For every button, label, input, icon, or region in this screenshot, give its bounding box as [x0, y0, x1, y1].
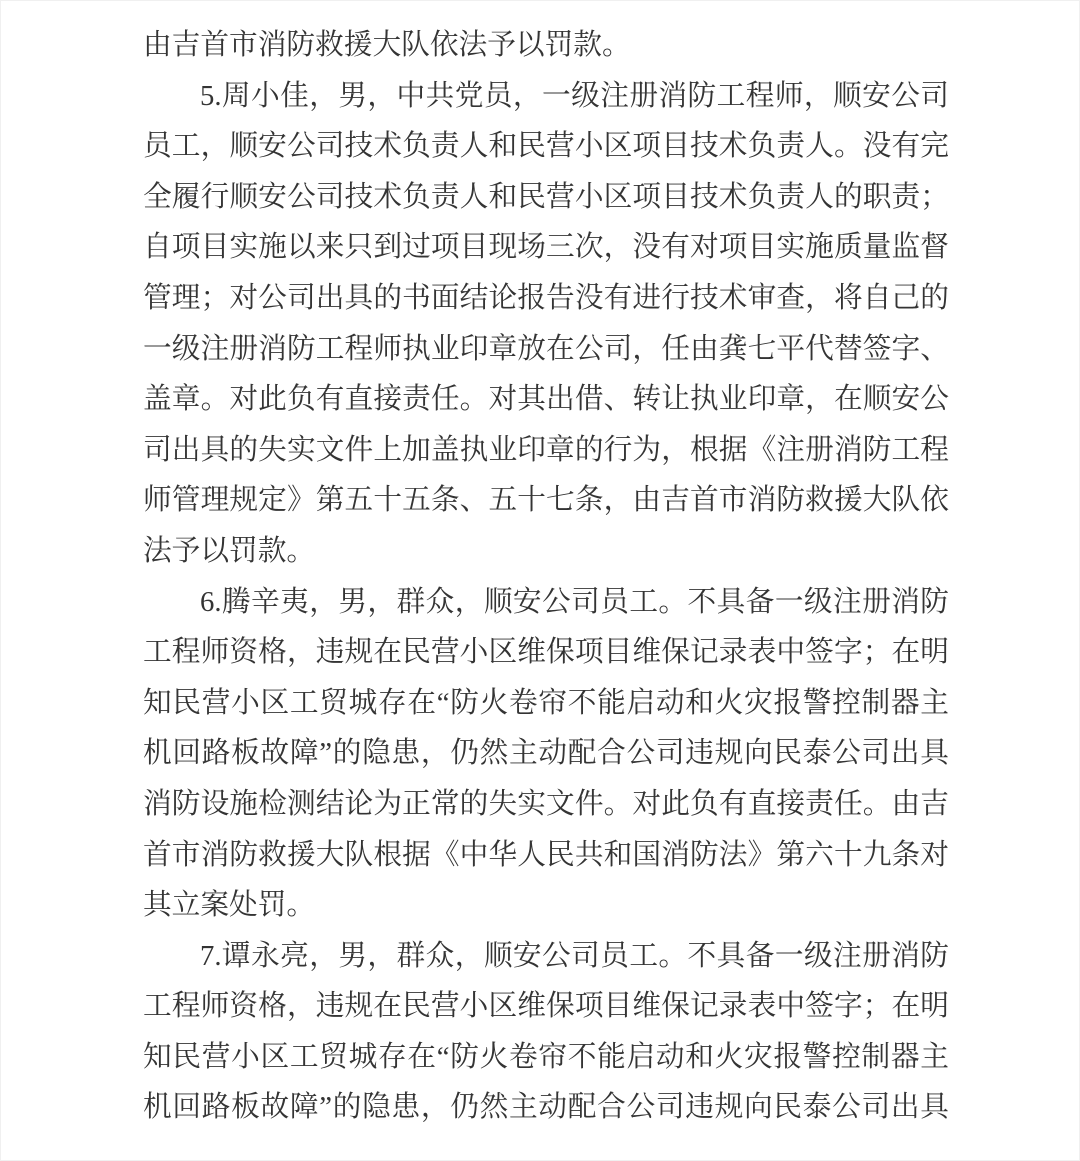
- text-line: 6.腾辛夷，男，群众，顺安公司员工。不具备一级注册消防: [143, 577, 949, 628]
- text-line: 工程师资格，违规在民营小区维保项目维保记录表中签字；在明: [143, 627, 949, 678]
- text-line: 5.周小佳，男，中共党员，一级注册消防工程师，顺安公司: [143, 71, 949, 122]
- text-line: 机回路板故障”的隐患，仍然主动配合公司违规向民泰公司出具: [143, 1082, 949, 1133]
- text-line: 首市消防救援大队根据《中华人民共和国消防法》第六十九条对: [143, 830, 949, 881]
- text-line: 全履行顺安公司技术负责人和民营小区项目技术负责人的职责；: [143, 172, 949, 223]
- text-line: 由吉首市消防救援大队依法予以罚款。: [143, 20, 949, 71]
- text-line: 知民营小区工贸城存在“防火卷帘不能启动和火灾报警控制器主: [143, 678, 949, 729]
- text-line: 其立案处罚。: [143, 880, 949, 931]
- text-line: 7.谭永亮，男，群众，顺安公司员工。不具备一级注册消防: [143, 931, 949, 982]
- text-line: 知民营小区工贸城存在“防火卷帘不能启动和火灾报警控制器主: [143, 1032, 949, 1083]
- text-line: 工程师资格，违规在民营小区维保项目维保记录表中签字；在明: [143, 981, 949, 1032]
- text-line: 法予以罚款。: [143, 526, 949, 577]
- text-line: 盖章。对此负有直接责任。对其出借、转让执业印章，在顺安公: [143, 374, 949, 425]
- text-line: 管理；对公司出具的书面结论报告没有进行技术审查，将自己的: [143, 273, 949, 324]
- text-line: 消防设施检测结论为正常的失实文件。对此负有直接责任。由吉: [143, 779, 949, 830]
- text-line: 机回路板故障”的隐患，仍然主动配合公司违规向民泰公司出具: [143, 728, 949, 779]
- text-line: 一级注册消防工程师执业印章放在公司，任由龚七平代替签字、: [143, 324, 949, 375]
- text-line: 师管理规定》第五十五条、五十七条，由吉首市消防救援大队依: [143, 475, 949, 526]
- document-body: 由吉首市消防救援大队依法予以罚款。5.周小佳，男，中共党员，一级注册消防工程师，…: [143, 20, 949, 1133]
- text-line: 员工，顺安公司技术负责人和民营小区项目技术负责人。没有完: [143, 121, 949, 172]
- document-page: 由吉首市消防救援大队依法予以罚款。5.周小佳，男，中共党员，一级注册消防工程师，…: [0, 0, 1080, 1161]
- text-line: 司出具的失实文件上加盖执业印章的行为，根据《注册消防工程: [143, 425, 949, 476]
- text-line: 自项目实施以来只到过项目现场三次，没有对项目实施质量监督: [143, 222, 949, 273]
